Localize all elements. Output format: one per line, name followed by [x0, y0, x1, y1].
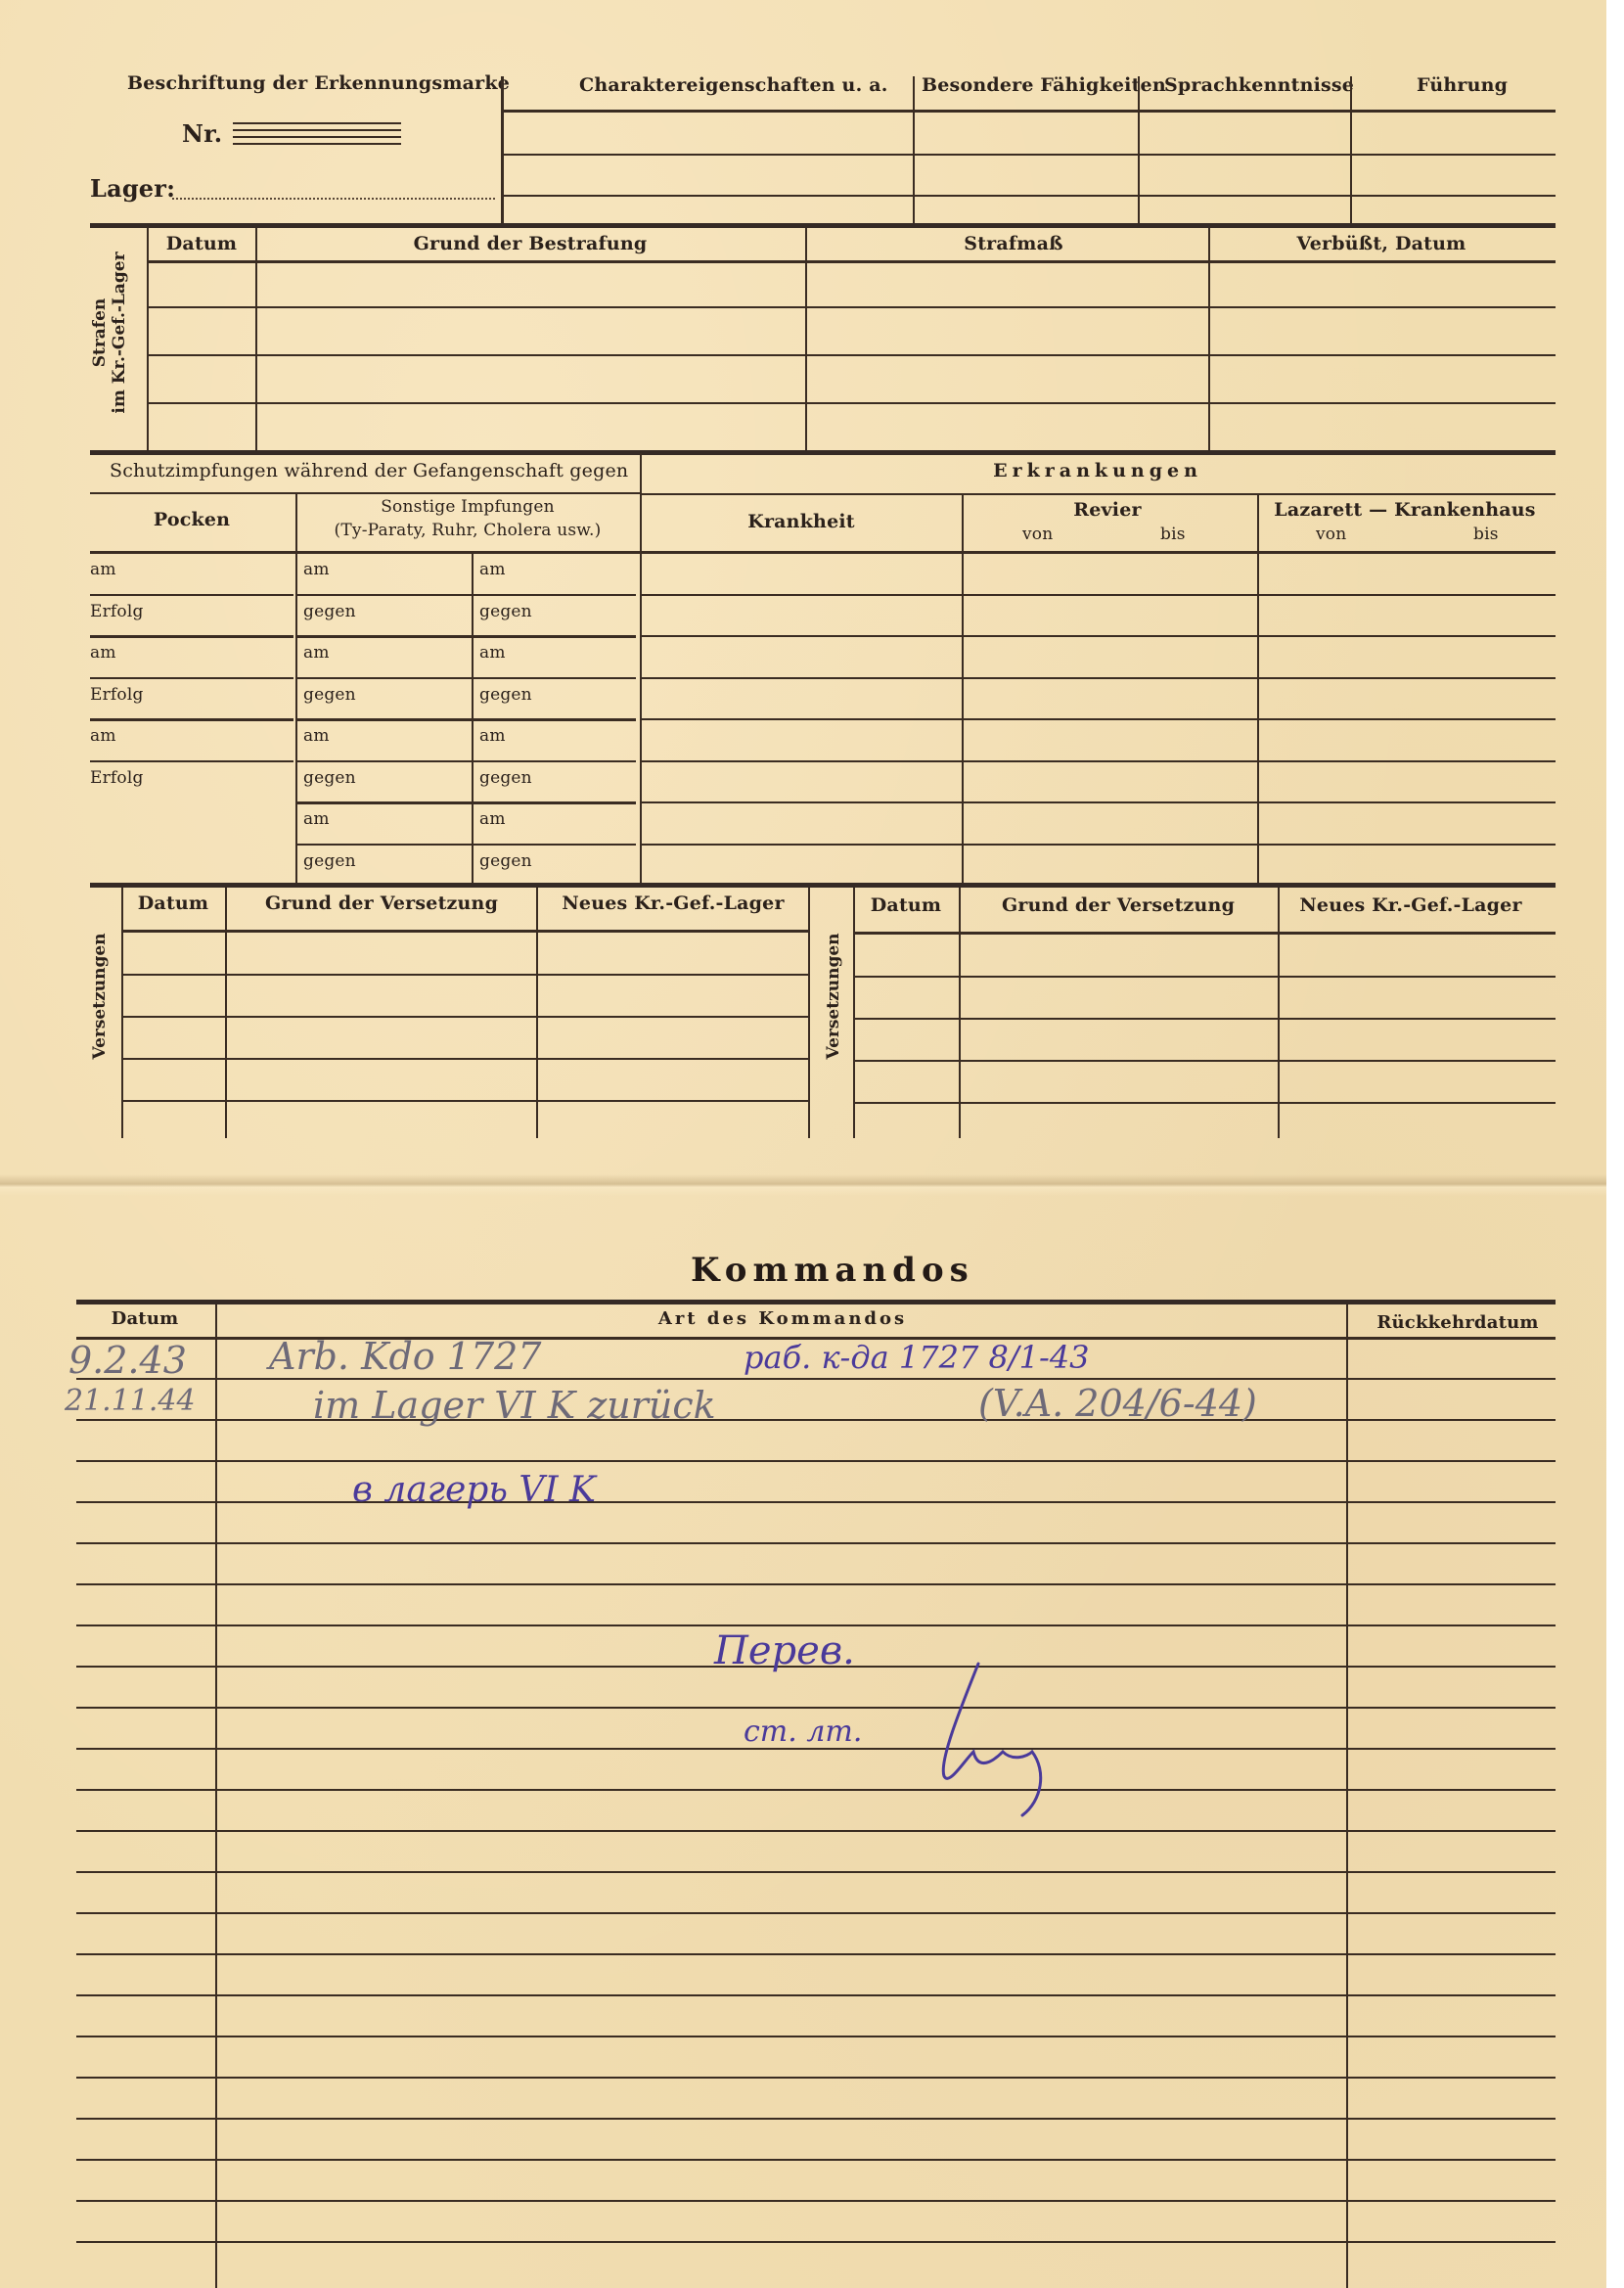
- rule: [297, 760, 636, 762]
- rule: [642, 493, 1556, 495]
- pocken-row-label: Erfolg: [90, 685, 144, 705]
- strafen-col-strafmass: Strafmaß: [964, 233, 1062, 254]
- sonstige-row-label: am: [303, 643, 330, 663]
- rule: [855, 1060, 1556, 1062]
- rule: [123, 974, 808, 976]
- tag-label: Beschriftung der Erkennungsmarke: [127, 72, 510, 94]
- rule: [76, 1871, 1556, 1873]
- rule-thick: [90, 450, 1556, 455]
- col-charakter: Charaktereigenschaften u. a.: [579, 74, 888, 96]
- sonstige-row-label: gegen: [479, 602, 532, 621]
- strafen-col-verbuesst: Verbüßt, Datum: [1297, 233, 1466, 254]
- revier-bis: bis: [1160, 525, 1186, 544]
- pocken-row-label: Erfolg: [90, 768, 144, 788]
- vers-right-col-lager: Neues Kr.-Gef.-Lager: [1299, 894, 1521, 916]
- lazarett-bis: bis: [1473, 525, 1499, 544]
- sonstige-row-label: am: [479, 560, 506, 579]
- entry-2-text: im Lager VI K zurück: [313, 1384, 716, 1427]
- strafen-col-grund: Grund der Bestrafung: [414, 233, 648, 254]
- sonstige-row-label: am: [303, 726, 330, 746]
- rule: [90, 760, 293, 762]
- divider: [1257, 495, 1259, 884]
- divider: [962, 495, 964, 884]
- rule: [297, 718, 636, 721]
- impfungen-title: Schutzimpfungen während der Gefangenscha…: [110, 460, 628, 481]
- sonstige-row-label: gegen: [479, 851, 532, 871]
- sonstige-row-label: gegen: [303, 768, 356, 788]
- sonstige-row-label: am: [479, 643, 506, 663]
- rule-thick: [90, 223, 1556, 228]
- sonstige-row-label: am: [479, 726, 506, 746]
- nr-line: [233, 122, 401, 124]
- pocken-row-label: am: [90, 643, 116, 663]
- rule: [123, 1058, 808, 1060]
- nr-line: [233, 136, 401, 138]
- sonstige-row-label: gegen: [303, 851, 356, 871]
- rule: [76, 1583, 1556, 1585]
- vers-left-col-datum: Datum: [138, 892, 208, 914]
- kommandos-title: Kommandos: [691, 1251, 974, 1290]
- rule: [642, 844, 1556, 846]
- rule: [76, 1830, 1556, 1832]
- rule: [149, 306, 1556, 308]
- rule: [90, 718, 293, 721]
- rule: [855, 1018, 1556, 1020]
- rule: [76, 1707, 1556, 1709]
- rule: [76, 2200, 1556, 2202]
- rule: [76, 2241, 1556, 2243]
- rule: [76, 2159, 1556, 2161]
- col-sprachkenntnisse: Sprachkenntnisse: [1164, 74, 1354, 96]
- rule: [503, 195, 1556, 197]
- divider: [215, 1304, 217, 2288]
- entry-2-note: (V.A. 204/6-44): [978, 1382, 1257, 1425]
- rule: [297, 677, 636, 679]
- rule: [642, 635, 1556, 637]
- rule: [642, 718, 1556, 720]
- vers-right-col-grund: Grund der Versetzung: [1002, 894, 1235, 916]
- lager-field[interactable]: [172, 198, 495, 200]
- rule: [855, 932, 1556, 935]
- nr-line: [233, 143, 401, 145]
- rule: [149, 260, 1556, 263]
- col-krankheit: Krankheit: [747, 511, 855, 532]
- col-fuehrung: Führung: [1417, 74, 1508, 96]
- rule: [642, 594, 1556, 596]
- sonstige-row-label: gegen: [479, 768, 532, 788]
- document-paper: [0, 0, 1606, 2288]
- signature-rank: ст. лт.: [744, 1715, 862, 1749]
- kommandos-col-art: Art des Kommandos: [658, 1308, 907, 1329]
- versetzungen-side-label-left: Versetzungen: [90, 918, 110, 1075]
- rule: [76, 1789, 1556, 1791]
- rule: [90, 492, 640, 494]
- rule: [123, 1016, 808, 1018]
- paper-fold-crease: [0, 1174, 1606, 1196]
- nr-line: [233, 129, 401, 131]
- pocken-row-label: am: [90, 560, 116, 579]
- signature-scribble: [920, 1654, 1096, 1820]
- sonstige-row-label: am: [303, 560, 330, 579]
- russian-note: в лагерь VI K: [352, 1470, 596, 1510]
- col-lazarett: Lazarett — Krankenhaus: [1274, 499, 1535, 521]
- kommandos-col-datum: Datum: [112, 1308, 179, 1329]
- rule: [297, 594, 636, 596]
- rule: [642, 677, 1556, 679]
- erkrankungen-title: Erkrankungen: [993, 460, 1202, 481]
- entry-1-date: 9.2.43: [68, 1339, 187, 1382]
- rule: [76, 1542, 1556, 1544]
- vers-right-col-datum: Datum: [871, 894, 941, 916]
- divider: [1278, 888, 1280, 1138]
- rule: [297, 844, 636, 846]
- col-sonstige-line2: (Ty-Paraty, Ruhr, Cholera usw.): [335, 521, 602, 540]
- rule: [123, 1100, 808, 1102]
- rule: [76, 1419, 1556, 1421]
- sonstige-row-label: am: [303, 809, 330, 829]
- divider: [959, 888, 961, 1138]
- divider: [808, 888, 810, 1138]
- strafen-label-line1: Strafen: [90, 235, 110, 431]
- pocken-row-label: Erfolg: [90, 602, 144, 621]
- divider: [1138, 76, 1140, 223]
- versetzungen-side-label-right: Versetzungen: [824, 918, 843, 1075]
- nr-label: Nr.: [182, 119, 222, 148]
- rule: [855, 1102, 1556, 1104]
- entry-2-date: 21.11.44: [65, 1384, 196, 1418]
- divider: [1350, 76, 1352, 223]
- sonstige-row-label: gegen: [303, 685, 356, 705]
- divider: [913, 76, 915, 223]
- revier-von: von: [1022, 525, 1053, 544]
- rule: [76, 2077, 1556, 2079]
- rule: [90, 551, 1556, 554]
- sonstige-row-label: gegen: [479, 685, 532, 705]
- sonstige-row-label: am: [479, 809, 506, 829]
- rule: [503, 154, 1556, 156]
- entry-1-text: Arb. Kdo 1727: [269, 1335, 541, 1378]
- rule: [149, 354, 1556, 356]
- rule: [76, 1378, 1556, 1380]
- entry-1-note: раб. к-да 1727 8/1-43: [744, 1339, 1090, 1376]
- rule: [76, 2118, 1556, 2120]
- strafen-side-label: Strafen im Kr.-Gef.-Lager: [90, 235, 129, 431]
- vers-left-col-lager: Neues Kr.-Gef.-Lager: [562, 892, 784, 914]
- sonstige-row-label: gegen: [303, 602, 356, 621]
- rule: [76, 1460, 1556, 1462]
- rule-thick: [90, 883, 1556, 888]
- rule: [123, 930, 808, 933]
- rule: [76, 1501, 1556, 1503]
- signature-word: Перев.: [714, 1628, 855, 1673]
- rule: [642, 801, 1556, 803]
- rule: [90, 635, 293, 638]
- col-faehigkeiten: Besondere Fähigkeiten: [922, 74, 1166, 96]
- divider: [853, 888, 855, 1138]
- divider: [501, 76, 504, 223]
- vers-left-col-grund: Grund der Versetzung: [265, 892, 498, 914]
- divider: [640, 453, 642, 884]
- rule: [149, 402, 1556, 404]
- strafen-col-datum: Datum: [166, 233, 237, 254]
- rule: [90, 677, 293, 679]
- rule: [297, 801, 636, 804]
- rule: [90, 594, 293, 596]
- kommandos-col-rueckkehr: Rückkehrdatum: [1376, 1312, 1538, 1333]
- strafen-label-line2: im Kr.-Gef.-Lager: [110, 235, 129, 431]
- rule: [297, 635, 636, 638]
- rule: [76, 1912, 1556, 1914]
- divider: [1346, 1304, 1348, 2288]
- rule: [76, 1953, 1556, 1955]
- col-sonstige-line1: Sonstige Impfungen: [381, 497, 555, 517]
- col-pocken: Pocken: [154, 509, 230, 530]
- rule: [503, 110, 1556, 113]
- rule: [76, 2036, 1556, 2037]
- pocken-row-label: am: [90, 726, 116, 746]
- rule: [76, 1624, 1556, 1626]
- lazarett-von: von: [1316, 525, 1346, 544]
- rule: [642, 760, 1556, 762]
- rule: [76, 1994, 1556, 1996]
- col-revier: Revier: [1073, 499, 1141, 521]
- rule-thick: [76, 1300, 1556, 1304]
- lager-label: Lager:: [90, 174, 175, 203]
- rule: [855, 976, 1556, 978]
